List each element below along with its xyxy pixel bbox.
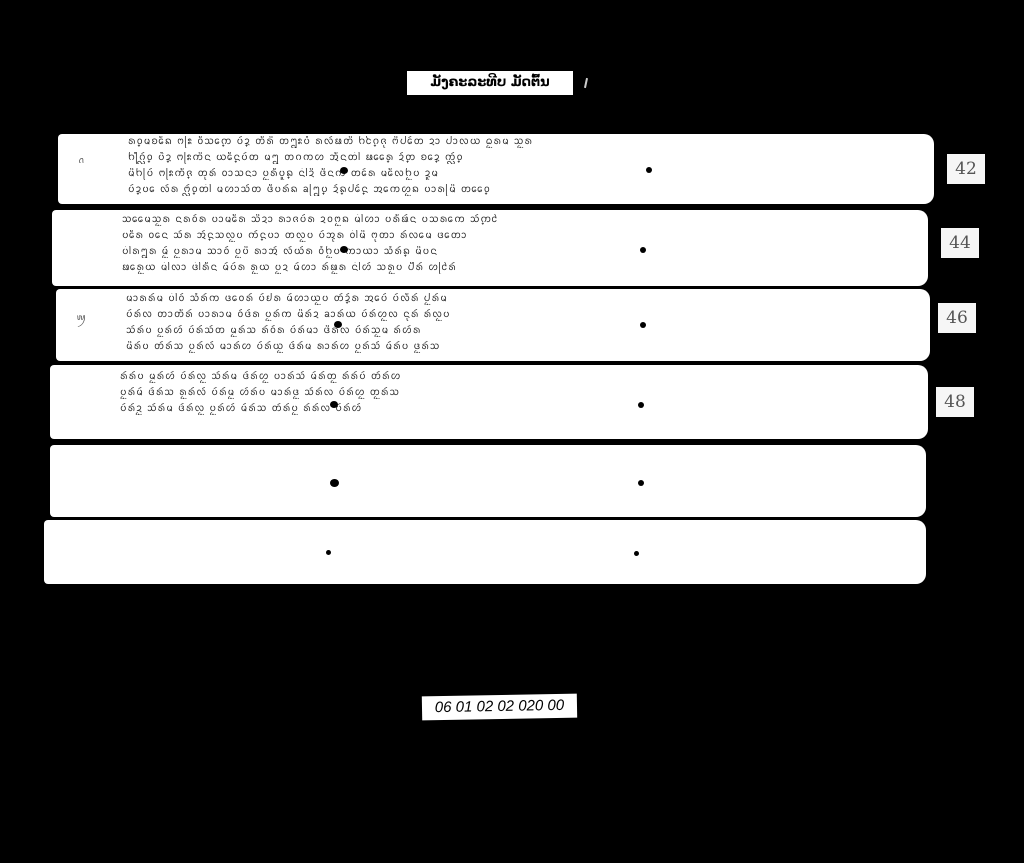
script-line: ᩈᩯᨾᩈᩬᩁ ᨶᩁᩅᩢᩁ ᨷᩣᨾᩮᩥᩁ ᩈᩦᨯᩣ ᩁᩣᨩᨷᩢᩁ ᨯᩅᨻᩬᨦ ᨾᩤ… xyxy=(122,214,898,226)
palm-leaf-2: ᩈᩯᨾᩈᩬᩁ ᨶᩁᩅᩢᩁ ᨷᩣᨾᩮᩥᩁ ᩈᩦᨯᩣ ᩁᩣᨩᨷᩢᩁ ᨯᩅᨻᩬᨦ ᨾᩤ… xyxy=(52,210,928,286)
string-hole xyxy=(330,401,338,408)
page-number-tag: 46 xyxy=(938,303,976,333)
script-line: ᨷᩤᩁᩂᩁ ᨾᩬᩢ ᨷᩬᩁᩣᨾ ᩈᩣᩅᩢ ᨷᩬᨷᩦ ᩁᩣᩋᩢ ᩃᩢᨿᩢᩁ ᩅᩴᨤ… xyxy=(122,246,898,258)
palm-leaf-4: ᩁᩢᩁᩢᨷ ᨾᩬᩁᩢᩉᩢ ᨷᩢᩁᩢᩃᩬ ᩈᩢᩁᩢᨾ ᨴᩢᩁᩢᩉᩬ ᨷᩣᩁᩢᩈᩢ … xyxy=(50,365,928,439)
palm-leaf-5-blank xyxy=(50,445,926,517)
script-line: ᩁ᩠ᩅᨾᨧᩮᩥᨦ ᨻᩕᩡ ᩅᩥᩈᩮ᩠ᨠ ᨷᩢ᩠ᨯ ᨲᩥᩁᩦ ᨲᩂᩡᨷᩴ ᩁᩃᩢᨹ… xyxy=(128,136,904,148)
script-line: ᨾᩣᩁᩁᩢᨾ ᨷᩤᩅᩢ ᩈᩴᩁᩢᨠ ᨴᩮᩅᩁᩢ ᨷᩢᩀᩁ ᨾᩢᩉᩣᨿᩬᨷ ᨲᩢ᩠… xyxy=(126,293,900,305)
script-line: ᨹᩮᩁᩬᨿ ᨾᩤᩃᩣ ᨴᩤᩁᩥᨶ ᨾᩢᨷᩢᩁ ᩁᩬᨿ ᨷᩬᨯ ᨾᩢᩉᩣ ᩁᩢᨹᩬ… xyxy=(122,262,898,274)
script-line: ᩈᩢᩁᩢᨷ ᨷᩬᩁᩢᩉᩢ ᨷᩢᩁᩢᩈᩢᨲ ᨾᩬᩁᩢᩈ ᩁᩢᩅᩢᩁ ᨷᩢᩁᩢᨾᩣ … xyxy=(126,325,900,337)
script-line: ᨾᩦᨤᩕᨷᩢ ᨻᩕᩡᨠᩥ᩠ᨩ ᨲᩩᩁᩢ ᩅᩣᩈᨶᩣ ᨷᩬᩁᩥᨷᩪ᩠ᨦ ᨶᩤᨯᩦ … xyxy=(128,168,904,180)
script-line: ᨷᩢᩁᩢᨯᩬ ᩈᩢᩁᩢᨾ ᨴᩢᩁᩢᩃᩬ ᨷᩬᩁᩢᩉᩢ ᨾᩢᩁᩢᩈ ᨲᩢᩁᩢᨷᩬ … xyxy=(120,403,898,415)
palm-leaf-1: ꪒ ᩁ᩠ᩅᨾᨧᩮᩥᨦ ᨻᩕᩡ ᩅᩥᩈᩮ᩠ᨠ ᨷᩢ᩠ᨯ ᨲᩥᩁᩦ ᨲᩂᩡᨷᩴ ᩁᩃ… xyxy=(58,134,934,204)
string-hole xyxy=(640,247,646,253)
palm-leaf-3: ꪐ ᨾᩣᩁᩁᩢᨾ ᨷᩤᩅᩢ ᩈᩴᩁᩢᨠ ᨴᩮᩅᩁᩢ ᨷᩢᩀᩁ ᨾᩢᩉᩣᨿᩬᨷ ᨲ… xyxy=(56,289,930,361)
script-line: ᨤᩕᩴᨣᩖᩢ᩠ᩅ ᨷᩫ᩠ᨯ ᨻᩕᩡᨠᩦᨶ ᨿᩮᩥ᩠ᨶᨷᩢᨲ ᨾᩂ ᨲᨣᨠᩉ ᩋᩥ… xyxy=(128,152,904,164)
string-hole xyxy=(646,167,652,173)
script-line: ᨷᩮᩥᩁ ᩅᩮᨶ ᩈᩢᩁ ᩋᩢ᩠ᨶᩈᩃᩬᨷ ᨠᩢ᩠ᨶᨷᩣ ᨲᩃᩬᨷ ᨷᩢᩋᩩᩁ … xyxy=(122,230,898,242)
script-line: ᨾᩦᩁᩢᨷ ᨲᩢᩁᩢᩈ ᨷᩬᩁᩢᩃᩢ ᨾᩣᩁᩢᩉ ᨷᩢᩁᩢᨿᩬ ᨴᩢᩁᩢᨾ ᩁᩣ… xyxy=(126,341,900,353)
script-line: ᨷᩬᩁᩢᨾᩢ ᨴᩢᩁᩢᩈ ᩁᩬᩁᩢᩃᩢ ᨷᩢᩁᩢᨾᩬ ᩉᩢᩁᩢᨷ ᨾᩣᩁᩢᨴᩬ … xyxy=(120,387,898,399)
leaf-margin-mark: ꪐ xyxy=(76,309,85,328)
page-number-tag: 48 xyxy=(936,387,974,417)
string-hole xyxy=(334,321,342,328)
string-hole xyxy=(640,322,646,328)
string-hole xyxy=(638,402,644,408)
microfilm-code-label: 06 01 02 02 020 00 xyxy=(422,694,577,721)
string-hole xyxy=(638,480,644,486)
string-hole xyxy=(326,550,331,555)
script-line: ᩁᩢᩁᩢᨷ ᨾᩬᩁᩢᩉᩢ ᨷᩢᩁᩢᩃᩬ ᩈᩢᩁᩢᨾ ᨴᩢᩁᩢᩉᩬ ᨷᩣᩁᩢᩈᩢ … xyxy=(120,371,898,383)
string-hole xyxy=(340,167,348,174)
script-line: ᨷᩢ᩠ᨯᨷᩮ ᩃᩢᩁ ᨻᩖᩢ᩠ᩅᨲᩤ ᨾᩉᩣᩈᩢᨲ ᨴᩥᨷᩁᩢᨦ ᨡᩕᩂ᩠ᨷ ᨯ… xyxy=(128,184,904,196)
leaf-margin-mark: ꪒ xyxy=(78,152,85,171)
scratch-mark xyxy=(584,78,588,88)
string-hole xyxy=(634,551,639,556)
palm-leaf-6-blank xyxy=(44,520,926,584)
manuscript-title-label: ມັງຄະລະທີບ ມັດຕົ້ນ xyxy=(407,71,573,95)
string-hole xyxy=(330,479,339,487)
page-number-tag: 44 xyxy=(941,228,979,258)
script-line: ᨷᩢᩁᩢᩃ ᨲᩣᨲᩥᩁᩢ ᨷᩣᩁᩣᨾ ᩅᩢᨴᩢᩁ ᨷᩬᩁᩢᨠ ᨾᩦᩁᩢᨯ ᨡᩣᩁ… xyxy=(126,309,900,321)
page-number-tag: 42 xyxy=(947,154,985,184)
string-hole xyxy=(340,246,348,253)
